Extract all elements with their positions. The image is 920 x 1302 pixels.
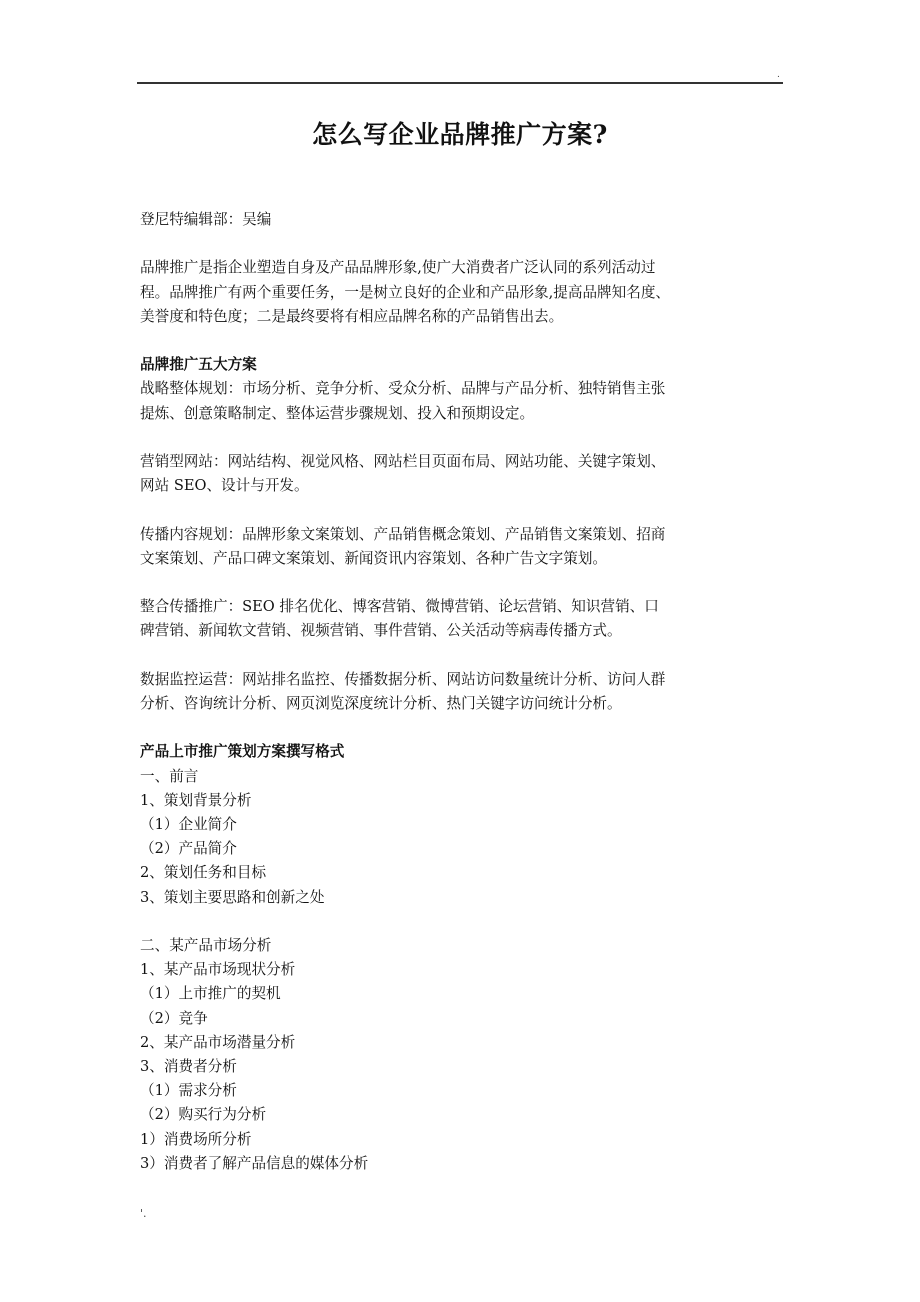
byline: 登尼特编辑部：吴编 [140, 208, 740, 232]
outline-item: 1）消费场所分析 [140, 1128, 740, 1152]
outline-item: （1）上市推广的契机 [140, 982, 740, 1006]
plan-line: 提炼、创意策略制定、整体运营步骤规划、投入和预期设定。 [140, 402, 740, 426]
intro-line: 品牌推广是指企业塑造自身及产品品牌形象,使广大消费者广泛认同的系列活动过 [140, 256, 740, 280]
footer-mark: '. [140, 1208, 147, 1220]
outline-item: 1、某产品市场现状分析 [140, 958, 740, 982]
section-heading-five-plans: 品牌推广五大方案 [140, 353, 740, 377]
plan-strategy: 战略整体规划：市场分析、竞争分析、受众分析、品牌与产品分析、独特销售主张 提炼、… [140, 377, 740, 425]
outline-item: 3、策划主要思路和创新之处 [140, 886, 740, 910]
spacer [140, 329, 740, 353]
intro-line: 程。品牌推广有两个重要任务，一是树立良好的企业和产品形象,提高品牌知名度、 [140, 281, 740, 305]
spacer [140, 910, 740, 934]
section-heading-format: 产品上市推广策划方案撰写格式 [140, 740, 740, 764]
outline-item: 3）消费者了解产品信息的媒体分析 [140, 1152, 740, 1176]
spacer [140, 644, 740, 668]
spacer [140, 426, 740, 450]
plan-integrated-promotion: 整合传播推广：SEO 排名优化、博客营销、微博营销、论坛营销、知识营销、口 碑营… [140, 595, 740, 643]
outline-item: （2）竞争 [140, 1007, 740, 1031]
outline-part2: 二、某产品市场分析 1、某产品市场现状分析 （1）上市推广的契机 （2）竞争 2… [140, 934, 740, 1176]
header-rule [137, 82, 783, 84]
document-page: . 怎么写企业品牌推广方案? 登尼特编辑部：吴编 品牌推广是指企业塑造自身及产品… [0, 0, 920, 1302]
plan-marketing-website: 营销型网站：网站结构、视觉风格、网站栏目页面布局、网站功能、关键字策划、 网站 … [140, 450, 740, 498]
intro-line: 美誉度和特色度；二是最终要将有相应品牌名称的产品销售出去。 [140, 305, 740, 329]
outline-item: 一、前言 [140, 765, 740, 789]
outline-item: 二、某产品市场分析 [140, 934, 740, 958]
outline-item: 2、策划任务和目标 [140, 861, 740, 885]
plan-line: 战略整体规划：市场分析、竞争分析、受众分析、品牌与产品分析、独特销售主张 [140, 377, 740, 401]
spacer [140, 232, 740, 256]
outline-item: 3、消费者分析 [140, 1055, 740, 1079]
intro-paragraph: 品牌推广是指企业塑造自身及产品品牌形象,使广大消费者广泛认同的系列活动过 程。品… [140, 256, 740, 329]
outline-item: 2、某产品市场潜量分析 [140, 1031, 740, 1055]
spacer [140, 571, 740, 595]
spacer [140, 498, 740, 522]
plan-line: 营销型网站：网站结构、视觉风格、网站栏目页面布局、网站功能、关键字策划、 [140, 450, 740, 474]
plan-line: 碑营销、新闻软文营销、视频营销、事件营销、公关活动等病毒传播方式。 [140, 619, 740, 643]
spacer [140, 716, 740, 740]
outline-part1: 一、前言 1、策划背景分析 （1）企业简介 （2）产品简介 2、策划任务和目标 … [140, 765, 740, 910]
plan-line: 传播内容规划：品牌形象文案策划、产品销售概念策划、产品销售文案策划、招商 [140, 523, 740, 547]
plan-line: 分析、咨询统计分析、网页浏览深度统计分析、热门关键字访问统计分析。 [140, 692, 740, 716]
header-corner-mark: . [777, 70, 780, 80]
outline-item: （2）购买行为分析 [140, 1103, 740, 1127]
document-title: 怎么写企业品牌推广方案? [0, 118, 920, 152]
plan-line: 网站 SEO、设计与开发。 [140, 474, 740, 498]
outline-item: （1）需求分析 [140, 1079, 740, 1103]
plan-data-monitoring: 数据监控运营：网站排名监控、传播数据分析、网站访问数量统计分析、访问人群 分析、… [140, 668, 740, 716]
plan-line: 数据监控运营：网站排名监控、传播数据分析、网站访问数量统计分析、访问人群 [140, 668, 740, 692]
outline-item: （1）企业简介 [140, 813, 740, 837]
document-body: 登尼特编辑部：吴编 品牌推广是指企业塑造自身及产品品牌形象,使广大消费者广泛认同… [140, 208, 740, 1176]
plan-content: 传播内容规划：品牌形象文案策划、产品销售概念策划、产品销售文案策划、招商 文案策… [140, 523, 740, 571]
plan-line: 整合传播推广：SEO 排名优化、博客营销、微博营销、论坛营销、知识营销、口 [140, 595, 740, 619]
outline-item: （2）产品简介 [140, 837, 740, 861]
plan-line: 文案策划、产品口碑文案策划、新闻资讯内容策划、各种广告文字策划。 [140, 547, 740, 571]
outline-item: 1、策划背景分析 [140, 789, 740, 813]
